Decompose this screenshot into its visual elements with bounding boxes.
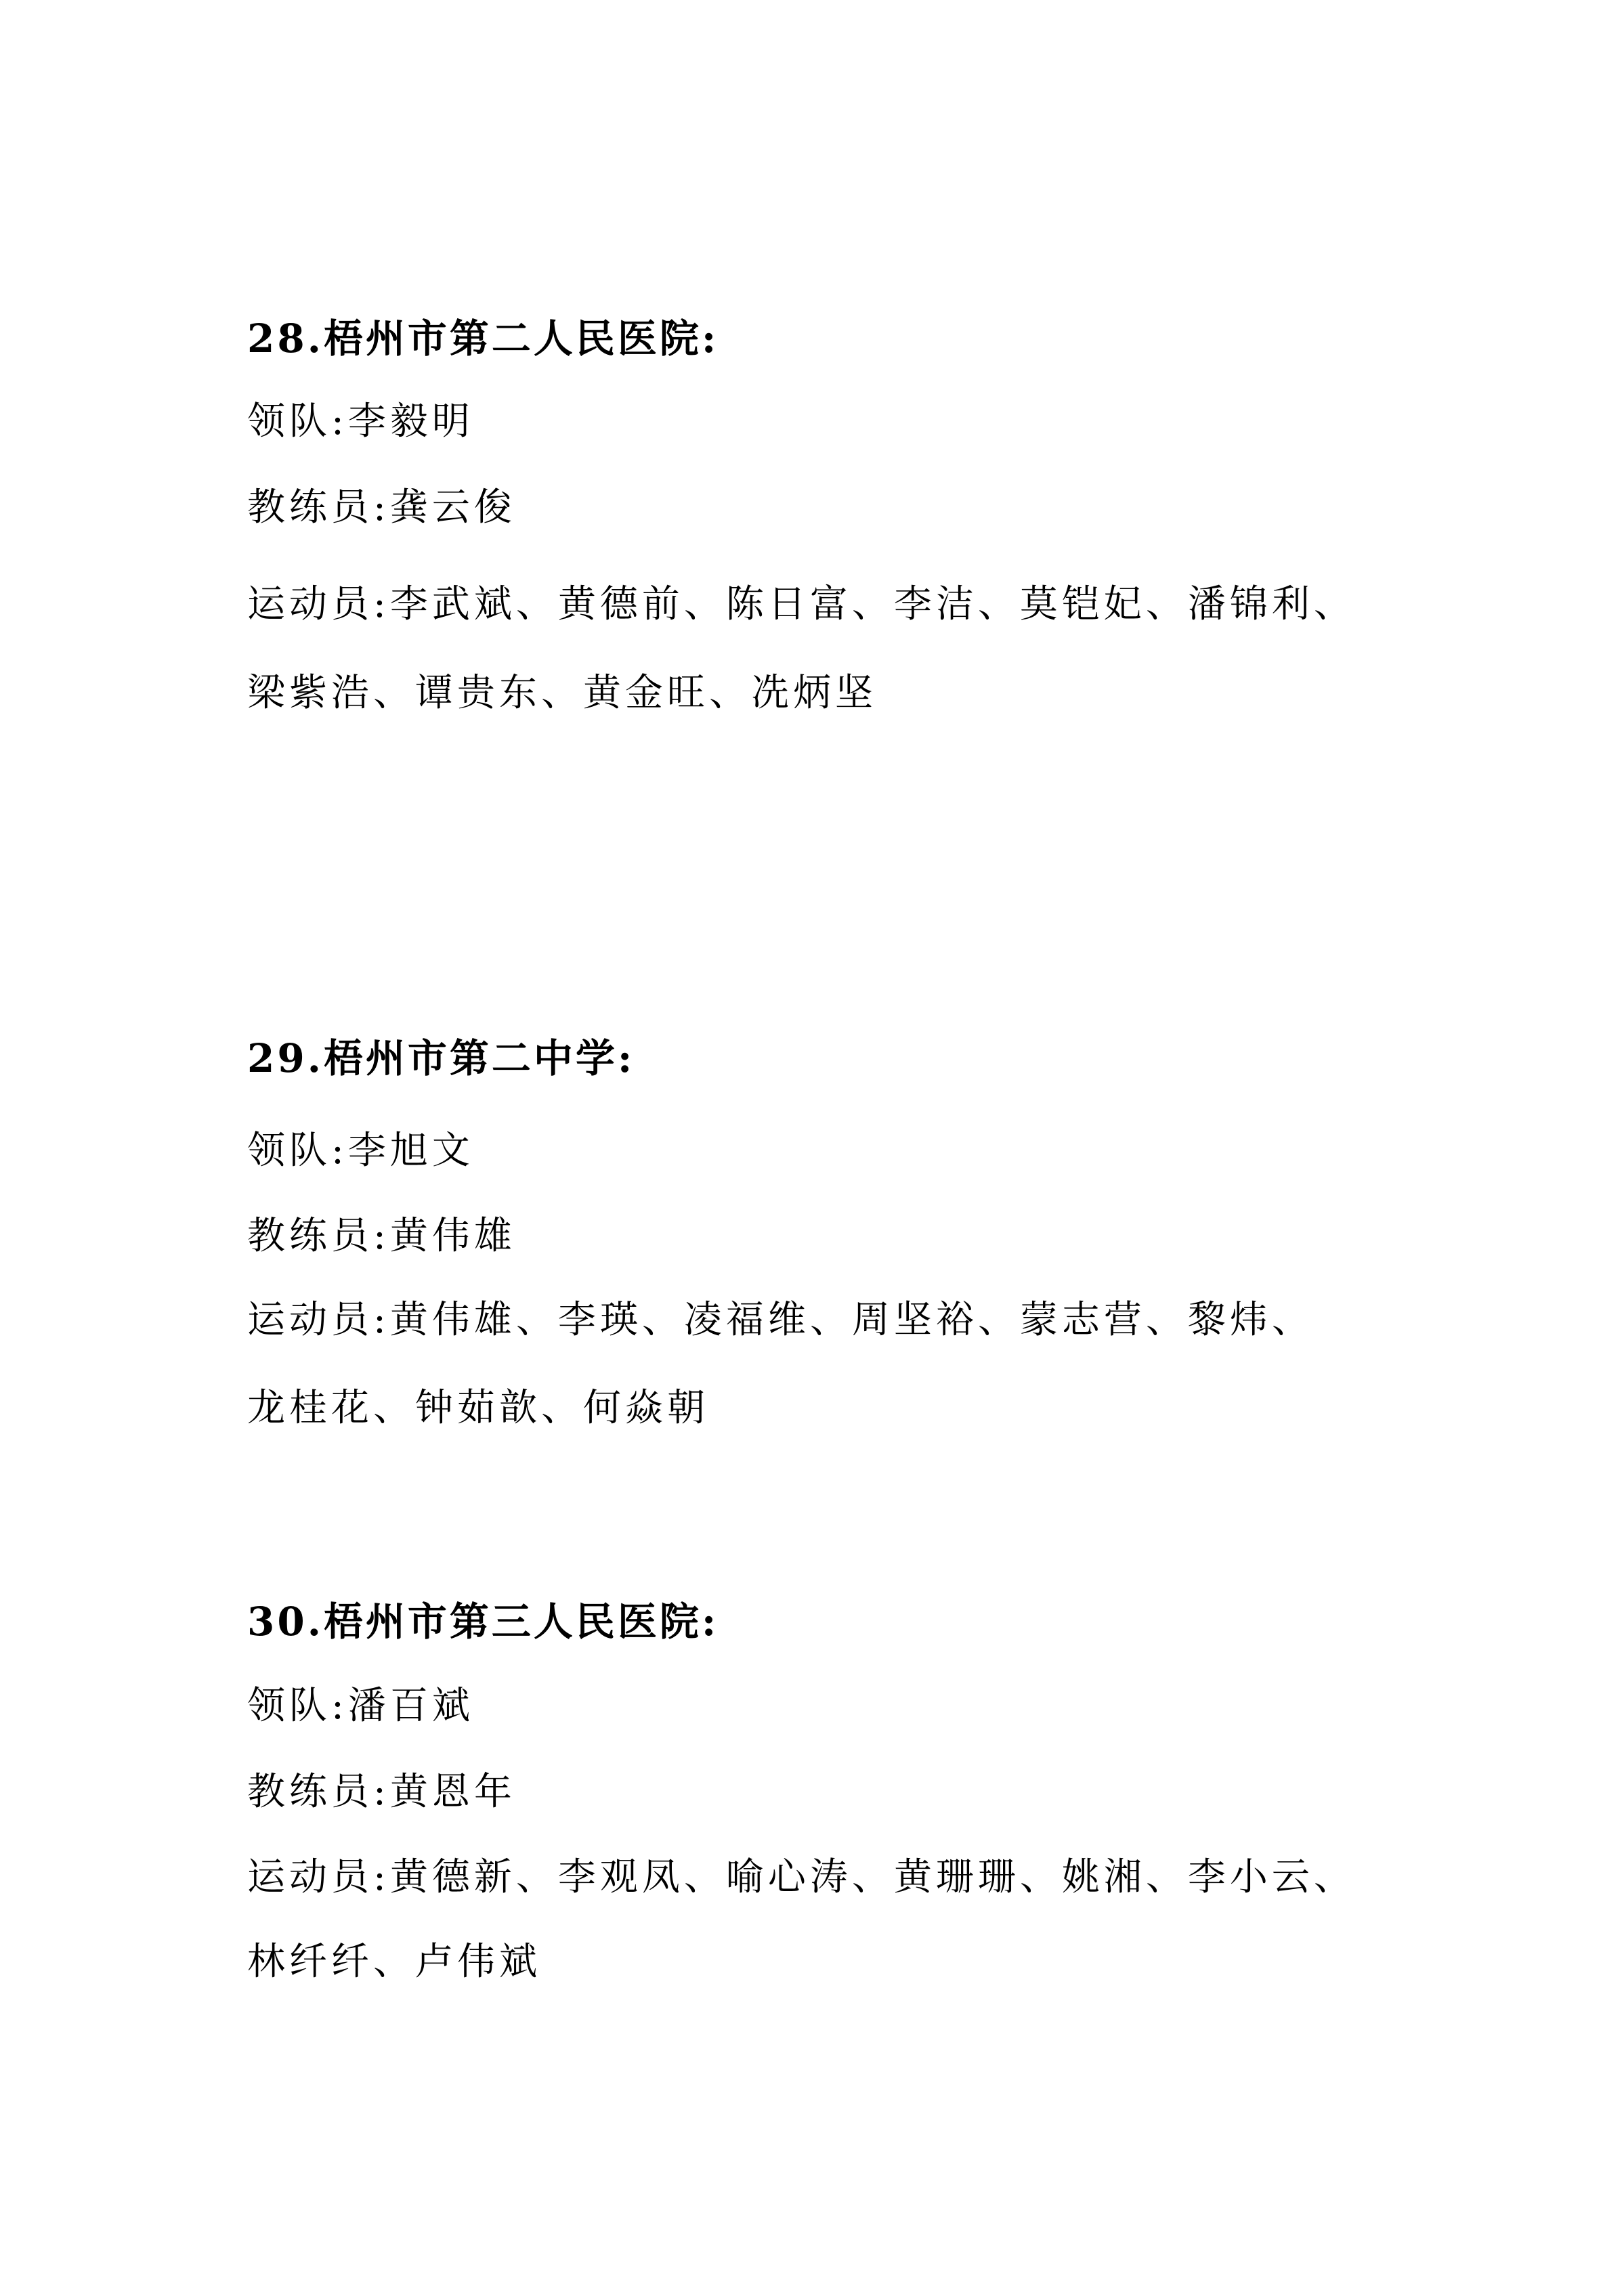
section-title: 28.梧州市第二人民医院: [247, 315, 1466, 362]
leader-name: 潘百斌 [348, 1684, 474, 1728]
leader-label: 领队: [247, 1129, 348, 1173]
athletes-list: 梁紫浩、谭贵东、黄金旺、冼炳坚 [247, 671, 877, 715]
coach-label: 教练员: [247, 1770, 390, 1814]
coach-label: 教练员: [247, 485, 390, 529]
leader-row: 领队:潘百斌 [247, 1683, 1466, 1730]
coach-row: 教练员:龚云俊 [247, 484, 1466, 532]
athletes-row-continued: 林纤纤、卢伟斌 [247, 1938, 1466, 1986]
section-title: 29.梧州市第二中学: [247, 1035, 1466, 1082]
coach-label: 教练员: [247, 1214, 390, 1258]
section-title: 30.梧州市第三人民医院: [247, 1598, 1466, 1645]
leader-row: 领队:李旭文 [247, 1127, 1466, 1175]
leader-name: 李毅明 [348, 399, 474, 443]
athletes-row: 运动员:黄伟雄、李瑛、凌福维、周坚裕、蒙志营、黎炜、 [247, 1297, 1466, 1344]
leader-name: 李旭文 [348, 1129, 474, 1173]
coach-name: 龚云俊 [390, 485, 516, 529]
athletes-row-continued: 龙桂花、钟茹歆、何焱朝 [247, 1385, 1466, 1432]
coach-row: 教练员:黄恩年 [247, 1769, 1466, 1816]
athletes-list: 黄伟雄、李瑛、凌福维、周坚裕、蒙志营、黎炜、 [390, 1298, 1314, 1342]
athletes-label: 运动员: [247, 1298, 390, 1342]
athletes-list: 龙桂花、钟茹歆、何焱朝 [247, 1386, 709, 1430]
athletes-list: 林纤纤、卢伟斌 [247, 1940, 541, 1984]
document-page: 28.梧州市第二人民医院: 领队:李毅明 教练员:龚云俊 运动员:李武斌、黄德前… [0, 0, 1624, 2296]
leader-row: 领队:李毅明 [247, 398, 1466, 446]
athletes-row: 运动员:黄德新、李观凤、喻心涛、黄珊珊、姚湘、李小云、 [247, 1854, 1466, 1901]
leader-label: 领队: [247, 1684, 348, 1728]
athletes-list: 李武斌、黄德前、陈日富、李洁、莫铠妃、潘锦利、 [390, 582, 1356, 626]
coach-row: 教练员:黄伟雄 [247, 1213, 1466, 1260]
coach-name: 黄伟雄 [390, 1214, 516, 1258]
coach-name: 黄恩年 [390, 1770, 516, 1814]
athletes-label: 运动员: [247, 582, 390, 626]
athletes-row-continued: 梁紫浩、谭贵东、黄金旺、冼炳坚 [247, 670, 1466, 717]
leader-label: 领队: [247, 399, 348, 443]
athletes-label: 运动员: [247, 1855, 390, 1899]
athletes-row: 运动员:李武斌、黄德前、陈日富、李洁、莫铠妃、潘锦利、 [247, 581, 1466, 628]
athletes-list: 黄德新、李观凤、喻心涛、黄珊珊、姚湘、李小云、 [390, 1855, 1356, 1899]
